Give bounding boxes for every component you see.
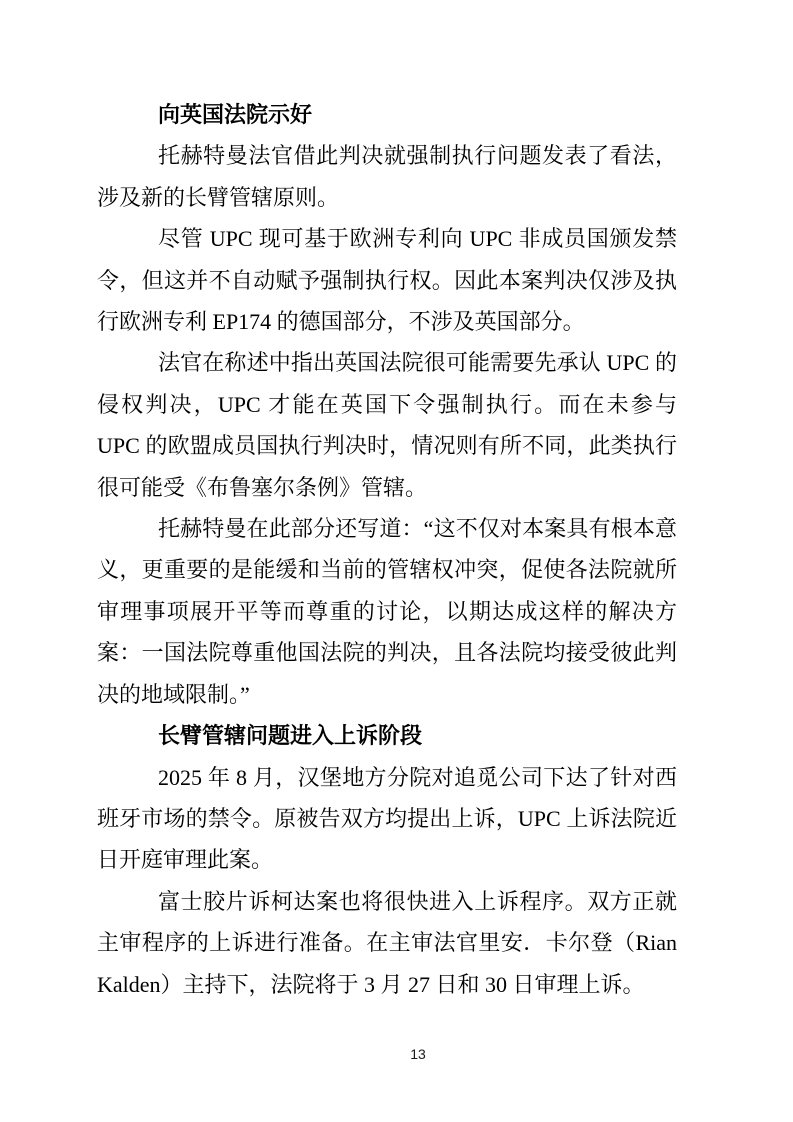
paragraph-injunction-scope: 尽管 UPC 现可基于欧洲专利向 UPC 非成员国颁发禁令，但这并不自动赋予强制…: [97, 218, 677, 342]
page-number: 13: [410, 1046, 426, 1062]
paragraph-uk-recognition: 法官在称述中指出英国法院很可能需要先承认 UPC 的侵权判决，UPC 才能在英国…: [97, 342, 677, 508]
paragraph-tochtermann-quote: 托赫特曼在此部分还写道：“这不仅对本案具有根本意义，更重要的是能缓和当前的管辖权…: [97, 508, 677, 715]
page-footer: 13: [0, 1046, 793, 1064]
section-heading-appeal-stage: 长臂管辖问题进入上诉阶段: [97, 715, 677, 756]
document-body: 向英国法院示好 托赫特曼法官借此判决就强制执行问题发表了看法，涉及新的长臂管辖原…: [97, 94, 677, 1005]
paragraph-fujifilm-kodak: 富士胶片诉柯达案也将很快进入上诉程序。双方正就主审程序的上诉进行准备。在主审法官…: [97, 881, 677, 1005]
paragraph-hamburg-injunction: 2025 年 8 月，汉堡地方分院对追觅公司下达了针对西班牙市场的禁令。原被告双…: [97, 757, 677, 881]
document-page: 向英国法院示好 托赫特曼法官借此判决就强制执行问题发表了看法，涉及新的长臂管辖原…: [0, 0, 793, 1122]
section-heading-uk-courts: 向英国法院示好: [97, 94, 677, 135]
paragraph-enforcement-views: 托赫特曼法官借此判决就强制执行问题发表了看法，涉及新的长臂管辖原则。: [97, 135, 677, 218]
